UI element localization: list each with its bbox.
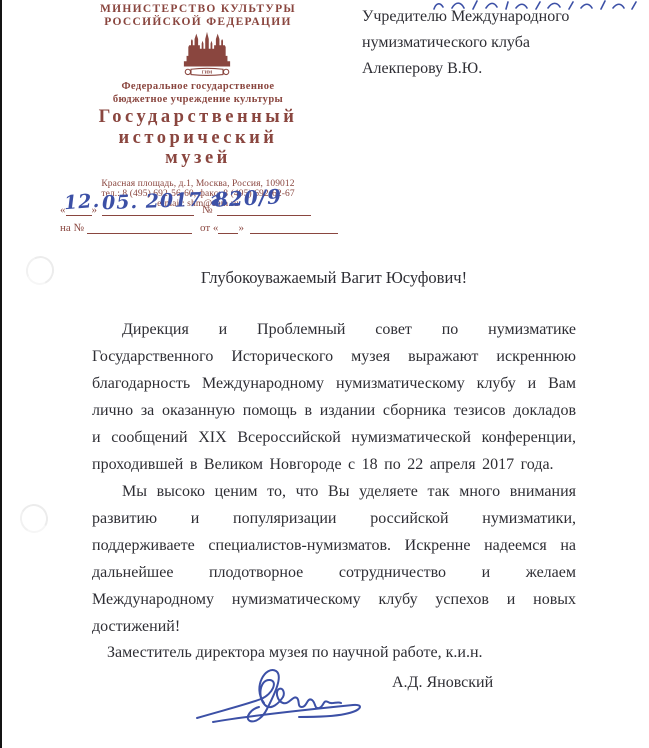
recipient-block: Учредителю Международного нумизматическо…	[362, 4, 592, 82]
paragraph-2: Мы высоко ценим то, что Вы уделяете так …	[92, 478, 576, 640]
org-type-line2: бюджетное учреждение культуры	[48, 94, 348, 105]
hole-punch-mark	[17, 501, 52, 536]
reply-day-blank	[218, 221, 238, 234]
hole-punch-mark	[22, 252, 58, 289]
recipient-line3: Алекперову В.Ю.	[362, 56, 592, 82]
letter-body: Глубокоуважаемый Вагит Юсуфович! Дирекци…	[92, 268, 576, 640]
reply-prefix: на №	[60, 222, 84, 234]
ministry-line2: РОССИЙСКОЙ ФЕДЕРАЦИИ	[48, 16, 348, 29]
ref-line-reply: на № от « »	[60, 221, 338, 234]
signer-name: А.Д. Яновский	[392, 674, 493, 692]
museum-title-line2: исторический	[48, 130, 348, 147]
ministry-line1: МИНИСТЕРСТВО КУЛЬТУРЫ	[48, 3, 348, 16]
museum-building-emblem-icon: ГИМ	[176, 31, 238, 79]
org-type-line1: Федеральное государственное	[48, 81, 348, 92]
recipient-line2: нумизматического клуба	[362, 30, 592, 56]
paragraph-1: Дирекция и Проблемный совет по нумизмати…	[92, 316, 576, 478]
address-line: Красная площадь, д.1, Москва, Россия, 10…	[48, 179, 348, 189]
museum-title-line3: музей	[48, 150, 348, 167]
scanned-letter-page: МИНИСТЕРСТВО КУЛЬТУРЫ РОССИЙСКОЙ ФЕДЕРАЦ…	[0, 0, 649, 748]
scan-edge-artifact	[0, 0, 2, 748]
museum-title-line1: Государственный	[48, 109, 348, 126]
handwritten-month-year: 05. 2017 г.	[102, 188, 230, 214]
reply-number-blank	[87, 221, 192, 234]
emblem-ribbon-text: ГИМ	[202, 70, 213, 75]
handwritten-signature	[193, 656, 381, 736]
salutation: Глубокоуважаемый Вагит Юсуфович!	[92, 268, 576, 288]
handwritten-day: 12.	[63, 190, 101, 214]
handwritten-outgoing-number: 820/9	[213, 184, 282, 212]
reply-from-label: от «	[200, 222, 218, 234]
reply-close-quote: »	[238, 222, 244, 234]
reply-date-blank	[250, 221, 338, 234]
letterhead: МИНИСТЕРСТВО КУЛЬТУРЫ РОССИЙСКОЙ ФЕДЕРАЦ…	[48, 3, 348, 209]
recipient-line1: Учредителю Международного	[362, 4, 592, 30]
